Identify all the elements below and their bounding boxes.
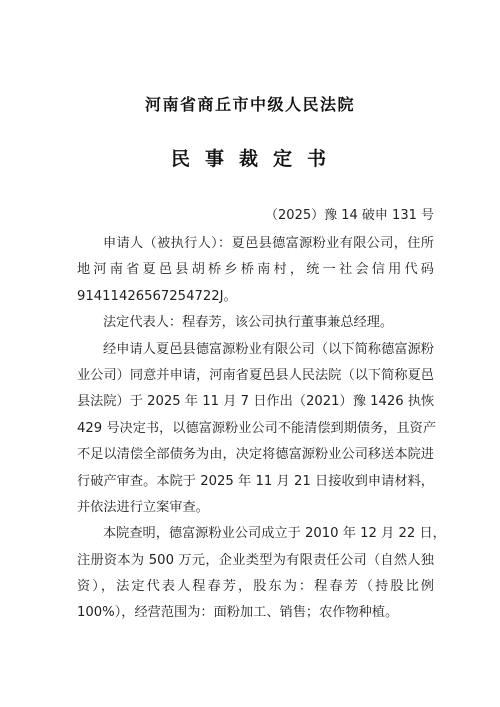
document-line: 行破产审查。本院于 2025 年 11 月 21 日接收到申请材料， xyxy=(77,469,434,495)
document-type-title: 民事裁定书 xyxy=(0,144,500,171)
document-line: 100%），经营范围为：面粉加工、销售；农作物种植。 xyxy=(77,600,434,626)
document-line: 经申请人夏邑县德富源粉业有限公司（以下简称德富源粉 xyxy=(77,337,434,363)
court-name: 河南省商丘市中级人民法院 xyxy=(0,92,500,115)
document-line: 业公司）同意并申请，河南省夏邑县人民法院（以下简称夏邑 xyxy=(77,363,434,389)
document-line: 不足以清偿全部债务为由，决定将德富源粉业公司移送本院进 xyxy=(77,442,434,468)
document-line: 注册资本为 500 万元，企业类型为有限责任公司（自然人独 xyxy=(77,548,434,574)
document-line: 429 号决定书，以德富源粉业公司不能清偿到期债务，且资产 xyxy=(77,416,434,442)
court-document-image: 河南省商丘市中级人民法院 民事裁定书 （2025）豫 14 破申 131 号 申… xyxy=(0,80,500,707)
document-line: 地河南省夏邑县胡桥乡桥南村，统一社会信用代码 xyxy=(77,257,434,283)
document-line: 法定代表人：程春芳，该公司执行董事兼总经理。 xyxy=(77,310,434,336)
document-line: 申请人（被执行人）：夏邑县德富源粉业有限公司，住所 xyxy=(77,231,434,257)
case-number: （2025）豫 14 破申 131 号 xyxy=(265,204,434,223)
document-line: 县法院）于 2025 年 11 月 7 日作出（2021）豫 1426 执恢 xyxy=(77,389,434,415)
document-line: 并依法进行立案审查。 xyxy=(77,495,434,521)
document-line: 91411426567254722J。 xyxy=(77,284,434,310)
document-line: 本院查明，德富源粉业公司成立于 2010 年 12 月 22 日， xyxy=(77,521,434,547)
document-line: 资），法定代表人程春芳，股东为：程春芳（持股比例 xyxy=(77,574,434,600)
document-body: 申请人（被执行人）：夏邑县德富源粉业有限公司，住所地河南省夏邑县胡桥乡桥南村，统… xyxy=(77,231,434,627)
